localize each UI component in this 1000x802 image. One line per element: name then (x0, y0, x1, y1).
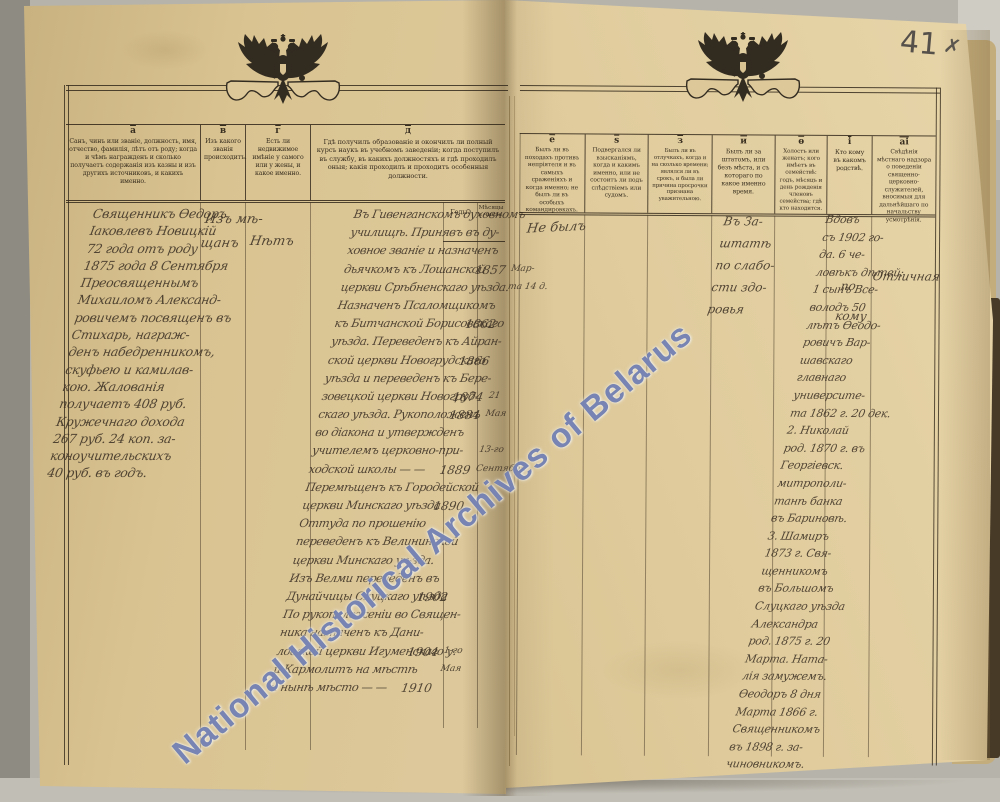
handwritten-line: въ Большомъ (756, 582, 859, 600)
service-text: во діакона и утвержденъ (314, 424, 448, 442)
column-header-campaigns: е Былъ ли въ походахъ противъ непріятеля… (519, 134, 584, 212)
handwritten-line: род. 1870 г. въ (782, 441, 885, 459)
column-number: ѕ (586, 134, 648, 147)
service-text: дьячкомъ къ Лошанской (342, 261, 476, 279)
service-row: зовецкой церкви Новогруд-187421 (320, 388, 521, 406)
service-year (413, 606, 452, 624)
entry-property: Нѣтъ (249, 234, 295, 249)
handwritten-line: Георгіевск. (779, 459, 882, 477)
folio-number: 41 (899, 24, 940, 62)
service-month (449, 606, 482, 624)
right-header-row: е Былъ ли въ походахъ противъ непріятеля… (519, 133, 935, 216)
column-header-text: Изъ какого званія происходитъ. (201, 138, 245, 162)
column-header-text: Кто кому въ какомъ родствѣ. (827, 149, 871, 173)
handwritten-line: Вдовъ (824, 213, 927, 231)
handwritten-line: митрополи- (776, 476, 879, 494)
service-year: 1866 (457, 352, 496, 370)
column-line (581, 214, 585, 755)
entry-campaigns: Не былъ (526, 219, 587, 237)
service-year: 1862 (464, 315, 503, 333)
handwritten-line: чиновникомъ. (724, 758, 827, 776)
handwritten-line: Михаиломъ Александ- (76, 292, 211, 309)
service-year: 1904 (406, 643, 445, 661)
column-number: а (66, 125, 200, 138)
handwritten-line: танѣ банка (772, 494, 875, 512)
service-row: уѣзда и переведенъ къ Бере- (323, 370, 524, 388)
handwritten-line: 40 руб. въ годъ. (46, 465, 181, 482)
service-text: Въ Гивенганскомъ духовномъ (352, 206, 486, 224)
service-row: уѣзда. Переведенъ къ Айран- (330, 333, 531, 351)
service-text: уѣзда. Переведенъ къ Айран- (330, 333, 464, 351)
column-header-text: Подвергался ли взысканіямъ, когда и каки… (585, 147, 647, 200)
handwritten-line: въ 1898 г. за- (727, 740, 830, 758)
handwritten-line: по слабо- (713, 258, 776, 280)
background-left (0, 0, 30, 802)
service-year (483, 206, 522, 224)
handwritten-line: главнаго (795, 371, 898, 389)
column-header-text: Санъ, чинъ или званіе, должность, имя, о… (66, 138, 200, 186)
handwritten-line: Ѳеодоръ 8 дня (737, 687, 840, 705)
service-text: церкви Минскаго уѣзда (301, 497, 435, 515)
handwritten-line: 1875 года 8 Сентября (82, 258, 217, 275)
handwritten-line: Александра (750, 617, 853, 635)
column-number: і (828, 136, 872, 149)
handwritten-line: Стихарь, награж- (70, 327, 205, 344)
handwritten-line: штатѣ (717, 236, 780, 258)
handwritten-line: по (837, 279, 874, 309)
handwritten-line: лія замужемъ. (740, 670, 843, 688)
handwritten-line: съ 1902 го- (820, 230, 923, 248)
service-row: церкви Срѣбненскаго уѣзда.та 14 д. (339, 279, 540, 297)
handwritten-line: Слуцкаго уѣзда (753, 600, 856, 618)
handwritten-line: щенникомъ (759, 564, 862, 582)
column-header-penalties: ѕ Подвергался ли взысканіямъ, когда и ка… (584, 134, 647, 212)
column-number: з (649, 135, 712, 148)
service-text: къ Битчанской Борисовскаго (333, 315, 467, 333)
handwritten-line: род. 1875 г. 20 (747, 635, 850, 653)
handwritten-line: Священникомъ (731, 723, 834, 741)
column-header-kinship: і Кто кому въ какомъ родствѣ. (826, 136, 871, 214)
column-header-text: Гдѣ получилъ образованіе и окончилъ ли п… (311, 138, 505, 180)
service-year (467, 297, 506, 315)
handwritten-line: та 1862 г. 20 дек. (788, 406, 891, 424)
handwritten-line: денъ набедренникомъ, (67, 344, 202, 361)
service-month: Мая (439, 661, 472, 679)
service-month: Мая (484, 406, 517, 424)
service-row: ской церкви Новогрудскаго1866 (326, 352, 527, 370)
handwritten-line: 3. Шамиръ (766, 529, 869, 547)
imperial-eagle-icon (224, 34, 342, 110)
handwritten-line: въ Бариновѣ. (769, 512, 872, 530)
column-header-property: г Есть ли недвижимое имѣніе у самого или… (245, 125, 310, 200)
handwritten-line: да. 6 че- (817, 248, 920, 266)
table-rule (66, 202, 505, 203)
column-number: е (520, 134, 585, 147)
column-number: д (311, 125, 505, 138)
column-header-education-service: д Гдѣ получилъ образованіе и окончилъ ли… (310, 125, 505, 200)
archive-ledger-scan: а Санъ, чинъ или званіе, должность, имя,… (0, 0, 1000, 802)
service-year (409, 624, 448, 642)
column-header-origin: в Изъ какого званія происходитъ. (200, 125, 245, 200)
column-header-text: Былъ ли въ походахъ противъ непріятеля и… (519, 147, 584, 215)
service-year: 1902 (416, 588, 455, 606)
handwritten-line: Преосвященнымъ (79, 275, 214, 292)
service-year (445, 424, 484, 442)
service-year (403, 661, 442, 679)
service-month (445, 624, 478, 642)
service-text: ходской школы — — (307, 461, 441, 479)
service-row: скаго уѣзда. Рукоположенъ1884Мая (317, 406, 518, 424)
column-line (644, 215, 648, 756)
column-header-text: Есть ли недвижимое имѣніе у самого или у… (246, 138, 310, 178)
service-year (480, 224, 519, 242)
column-header-family: ѳ Холостъ или женатъ; кого имѣетъ въ сем… (774, 136, 826, 214)
service-text: училищѣ. Принявъ въ ду- (349, 224, 483, 242)
column-number: ѳ (776, 136, 827, 149)
service-month (455, 570, 488, 588)
service-month: 21 (487, 388, 520, 406)
column-number: и (713, 135, 775, 148)
handwritten-line: 2. Николай (785, 424, 888, 442)
handwritten-line: скуфьею и камилав- (64, 362, 199, 379)
service-row: ховное званіе и назначенъ (346, 242, 547, 260)
service-text: ховное званіе и назначенъ (346, 242, 480, 260)
service-month (481, 424, 514, 442)
service-text: ской церкви Новогрудскаго (326, 352, 460, 370)
handwritten-line: сти здо- (709, 280, 772, 302)
service-text: учителемъ церковно-при- (310, 442, 444, 460)
service-text: скаго уѣзда. Рукоположенъ (317, 406, 451, 424)
paper-stain (120, 30, 210, 70)
handwritten-line: Марта. Ната- (743, 652, 846, 670)
column-number: г (246, 125, 310, 138)
handwritten-line: 267 руб. 24 коп. за- (52, 431, 187, 448)
column-header-leaves: з Былъ ли въ отлучкахъ, когда и на сколь… (647, 135, 711, 213)
service-row: къ Битчанской Борисовскаго1862 (333, 315, 534, 333)
service-month (452, 588, 485, 606)
handwritten-line: шавскаго (798, 353, 901, 371)
handwritten-line: Изъ мѣ- (202, 212, 264, 236)
service-text: Оттуда по прошенію (298, 515, 432, 533)
handwritten-line: Марта 1866 г. (734, 705, 837, 723)
handwritten-line: университе- (792, 389, 895, 407)
service-row: во діакона и утвержденъ (314, 424, 515, 442)
service-row: дьячкомъ къ Лошанской1857Мар- (342, 261, 543, 279)
service-month (436, 679, 469, 697)
service-year: 1857 (473, 261, 512, 279)
column-line (245, 202, 246, 750)
service-row: ходской школы — —1889Сентября (307, 461, 508, 479)
service-year: 1889 (438, 461, 477, 479)
handwritten-line: 1873 г. Свя- (763, 547, 866, 565)
service-year (461, 333, 500, 351)
column-number: в (201, 125, 245, 138)
service-text: церкви Срѣбненскаго уѣзда. (339, 279, 473, 297)
service-text: уѣзда и переведенъ къ Бере- (323, 370, 457, 388)
handwritten-line: Въ За- (721, 214, 784, 236)
service-row: учителемъ церковно-при-13-го (310, 442, 511, 460)
entry-conduct: Отличная (872, 269, 942, 283)
service-text: Перемѣщенъ къ Городейской (304, 479, 438, 497)
entry-supernumerary: Въ За-штатѣпо слабо-сти здо-ровья (705, 214, 784, 324)
service-month (458, 552, 491, 570)
handwritten-line: ровичемъ посвященъ въ (73, 310, 208, 327)
handwritten-line: кому (831, 309, 868, 339)
service-year (454, 370, 493, 388)
service-year: 1910 (400, 679, 439, 697)
service-text: зовецкой церкви Новогруд- (320, 388, 454, 406)
column-number: аі (873, 136, 936, 149)
handwritten-line: получаетъ 408 руб. (58, 396, 193, 413)
column-header-text: Холостъ или женатъ; кого имѣетъ въ семей… (775, 149, 826, 214)
column-header-supernumerary: и Былъ ли за штатомъ, или безъ мѣста, и … (711, 135, 774, 213)
handwritten-line: коноучительскихъ (49, 448, 184, 465)
page-edge-shading (940, 30, 990, 760)
service-year (441, 442, 480, 460)
service-row: Назначенъ Псаломщикомъ (336, 297, 537, 315)
handwritten-line: ровья (705, 302, 768, 324)
service-year (477, 242, 516, 260)
service-month: 1-го (442, 643, 475, 661)
service-year: 1874 (451, 388, 490, 406)
service-row: и нынѣ мѣсто — —1910 (269, 679, 470, 697)
column-header-conduct: аі Свѣдѣнія мѣстнаго надзора о поведеніи… (871, 136, 935, 214)
imperial-eagle-icon (684, 32, 802, 108)
column-header-text: Былъ ли за штатомъ, или безъ мѣста, и съ… (712, 148, 774, 196)
left-header-row: а Санъ, чинъ или званіе, должность, имя,… (66, 124, 505, 201)
handwritten-line: кою. Жалованія (61, 379, 196, 396)
handwritten-line: Кружечнаго дохода (55, 414, 190, 431)
service-year: 1884 (448, 406, 487, 424)
column-header-text: Былъ ли въ отлучкахъ, когда и на сколько… (648, 148, 711, 204)
column-header-rank: а Санъ, чинъ или званіе, должность, имя,… (66, 125, 200, 200)
service-year (470, 279, 509, 297)
service-text: Назначенъ Псаломщикомъ (336, 297, 470, 315)
